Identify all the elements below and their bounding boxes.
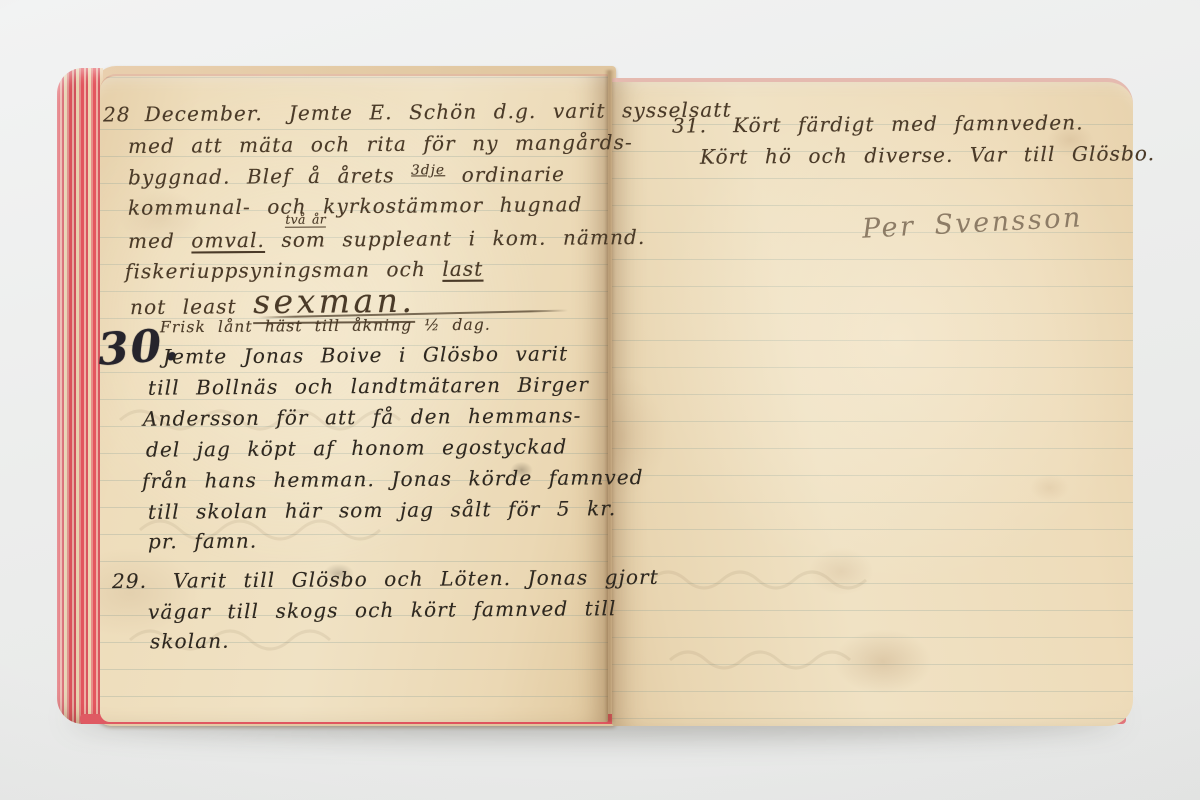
handwriting-line: med att mäta och rita för ny mangårds- (128, 130, 633, 158)
handwriting-line: med omval. somtvå år suppleant i kom. nä… (128, 225, 646, 253)
handwriting-line: från hans hemman. Jonas körde famnved (142, 465, 644, 493)
handwriting-line: del jag köpt af honom egostyckad (146, 434, 568, 461)
entry-month: December. (145, 101, 263, 126)
red-page-edges-left (57, 68, 103, 724)
entry-day: 29. (112, 569, 147, 593)
interlinear-insertion: två år (285, 211, 326, 227)
handwriting-line: vägar till skogs och kört famnved till (148, 596, 617, 624)
handwriting-line: Kört hö och diverse. Var till Glösbo. (700, 141, 1155, 169)
handwriting-line: byggnad. Blef å årets 3dje ordinarie (128, 161, 565, 189)
right-page (612, 78, 1133, 726)
handwriting-line: kommunal- och kyrkostämmor hugnad (128, 192, 583, 220)
underlined-word: omval. (191, 228, 265, 253)
handwriting-line: 29.Varit till Glösbo och Löten. Jonas gj… (112, 565, 659, 593)
diary-photo-scene: 28December.Jemte E. Schön d.g. varit sys… (0, 0, 1200, 800)
handwriting-line: Andersson för att få den hemmans- (143, 403, 582, 430)
superscript-ordinal: 3dje (411, 162, 445, 178)
handwriting-line: Frisk lånt häst till åkning ½ dag. (160, 316, 491, 337)
handwriting-line: fiskeriuppsyningsman och last (125, 257, 484, 284)
book-gutter (605, 70, 615, 722)
handwriting-line: skolan. (150, 629, 230, 654)
handwriting-line: till skolan här som jag sålt för 5 kr. (148, 496, 616, 524)
underlined-word: last (442, 257, 483, 281)
handwriting-line: 28December.Jemte E. Schön d.g. varit sys… (103, 98, 732, 127)
handwriting-line: till Bollnäs och landtmätaren Birger (148, 372, 589, 399)
handwriting-line: Jemte Jonas Boive i Glösbo varit (163, 341, 568, 368)
entry-day: 28 (103, 102, 131, 126)
entry-day: 31. (672, 113, 707, 137)
handwriting-line: 31.Kört färdigt med famnveden. (672, 110, 1084, 137)
handwriting-line: pr. famn. (148, 529, 257, 554)
insertion-anchor: somtvå år (281, 227, 326, 251)
